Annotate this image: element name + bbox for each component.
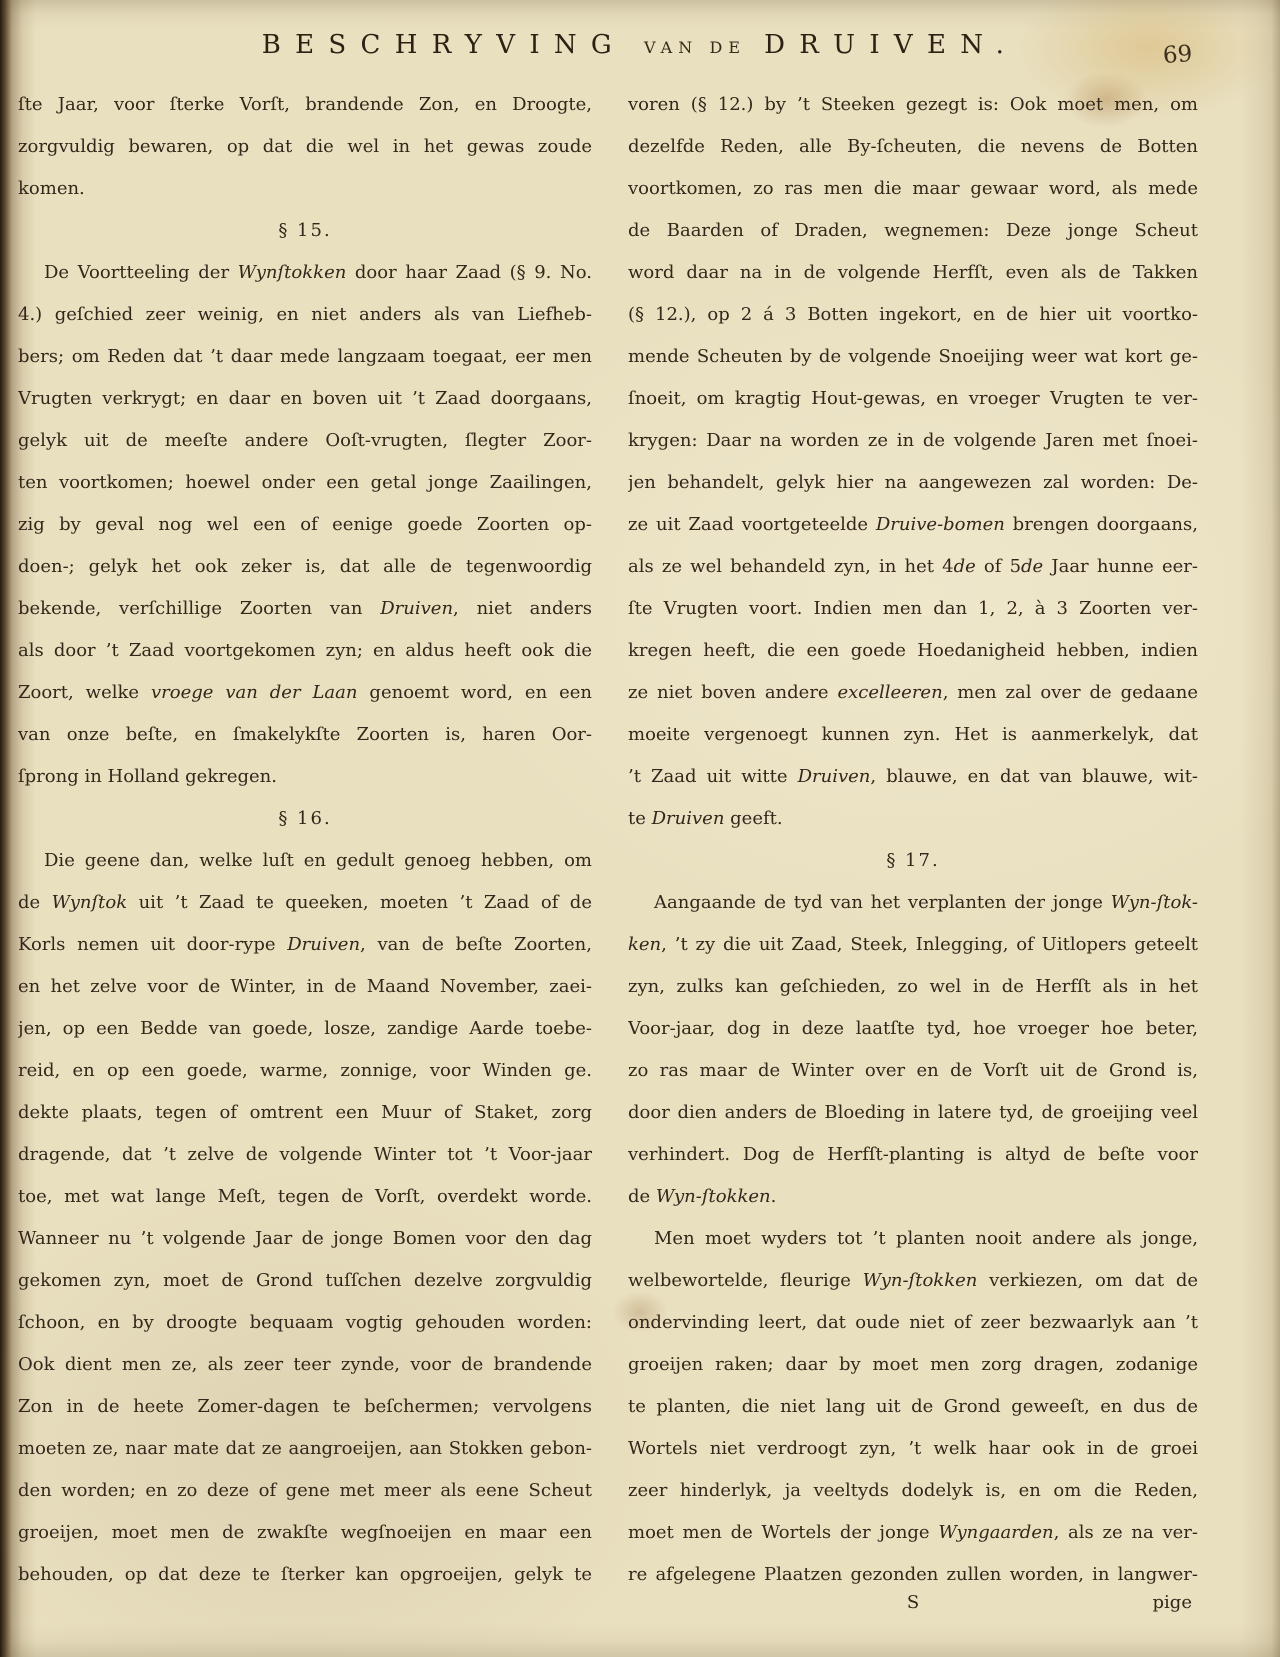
text-line: ze niet boven andere excelleeren, men za… [628,672,1198,714]
text-line: van onze beſte, en ſmakelykſte Zoorten i… [18,714,592,756]
section-heading: § 15. [18,210,592,252]
text-line: groeijen, moet men de zwakſte wegſnoeije… [18,1512,592,1554]
text-line: de Wynſtok uit ’t Zaad te queeken, moete… [18,882,592,924]
text-line: word daar na in de volgende Herfſt, even… [628,252,1198,294]
text-line: zig by geval nog wel een of eenige goede… [18,504,592,546]
text-line: voren (§ 12.) by ’t Steeken gezegt is: O… [628,84,1198,126]
text-line: te planten, die niet lang uit de Grond g… [628,1386,1198,1428]
text-line: ken, ’t zy die uit Zaad, Steek, Inleggin… [628,924,1198,966]
header-title-connector: van de [644,38,746,57]
text-line: ſprong in Holland gekregen. [18,756,592,798]
text-line: dekte plaats, tegen of omtrent een Muur … [18,1092,592,1134]
text-line: dragende, dat ’t zelve de volgende Winte… [18,1134,592,1176]
text-line: gekomen zyn, moet de Grond tuſſchen deze… [18,1260,592,1302]
text-line: Aangaande de tyd van het verplanten der … [628,882,1198,924]
text-line: behouden, op dat deze te ſterker kan opg… [18,1554,592,1596]
text-line: verhindert. Dog de Herfſt-planting is al… [628,1134,1198,1176]
text-line: De Voortteeling der Wynſtokken door haar… [18,252,592,294]
text-line: Ook dient men ze, als zeer teer zynde, v… [18,1344,592,1386]
text-line: komen. [18,168,592,210]
text-line: doen-; gelyk het ook zeker is, dat alle … [18,546,592,588]
text-line: als ze wel behandeld zyn, in het 4de of … [628,546,1198,588]
text-line: krygen: Daar na worden ze in de volgende… [628,420,1198,462]
text-line: zorgvuldig bewaren, op dat die wel in he… [18,126,592,168]
text-line: de Wyn-ſtokken. [628,1176,1198,1218]
text-line: Voor-jaar, dog in deze laatſte tyd, hoe … [628,1008,1198,1050]
header-title-word1: BESCHRYVING [262,30,626,60]
text-line: den worden; en zo deze of gene met meer … [18,1470,592,1512]
text-line: ſte Jaar, voor ſterke Vorſt, brandende Z… [18,84,592,126]
text-line: als door ’t Zaad voortgekomen zyn; en al… [18,630,592,672]
text-line: zyn, zulks kan geſchieden, zo wel in de … [628,966,1198,1008]
text-line: moeite vergenoegt kunnen zyn. Het is aan… [628,714,1198,756]
text-line: welbewortelde, fleurige Wyn-ſtokken verk… [628,1260,1198,1302]
text-line: de Baarden of Draden, wegnemen: Deze jon… [628,210,1198,252]
text-line: 4.) geſchied zeer weinig, en niet anders… [18,294,592,336]
text-line: Wanneer nu ’t volgende Jaar de jonge Bom… [18,1218,592,1260]
text-line: ſnoeit, om kragtig Hout-gewas, en vroege… [628,378,1198,420]
text-line: zeer hinderlyk, ja veeltyds dodelyk is, … [628,1470,1198,1512]
text-line: Zon in de heete Zomer-dagen te beſcherme… [18,1386,592,1428]
header-title-word2: DRUIVEN. [764,30,1018,60]
text-line: ondervinding leert, dat oude niet of zee… [628,1302,1198,1344]
gathering-signature: S [628,1582,1198,1624]
text-line: en het zelve voor de Winter, in de Maand… [18,966,592,1008]
text-line: bers; om Reden dat ’t daar mede langzaam… [18,336,592,378]
text-line: kregen heeft, die een goede Hoedanigheid… [628,630,1198,672]
text-line: Wortels niet verdroogt zyn, ’t welk haar… [628,1428,1198,1470]
text-line: door dien anders de Bloeding in latere t… [628,1092,1198,1134]
text-line: gelyk uit de meeſte andere Ooſt-vrugten,… [18,420,592,462]
text-line: ’t Zaad uit witte Druiven, blauwe, en da… [628,756,1198,798]
footer-row: S pige [628,1582,1198,1624]
text-line: dezelfde Reden, alle By-ſcheuten, die ne… [628,126,1198,168]
text-line: toe, met wat lange Meſt, tegen de Vorſt,… [18,1176,592,1218]
text-line: (§ 12.), op 2 á 3 Botten ingekort, en de… [628,294,1198,336]
text-line: ten voortkomen; hoewel onder een getal j… [18,462,592,504]
text-line: voortkomen, zo ras men die maar gewaar w… [628,168,1198,210]
book-page-scan: BESCHRYVINGvan deDRUIVEN. 69 ſte Jaar, v… [0,0,1280,1657]
text-line: Korls nemen uit door-rype Druiven, van d… [18,924,592,966]
text-line: moet men de Wortels der jonge Wyngaarden… [628,1512,1198,1554]
text-line: te Druiven geeft. [628,798,1198,840]
text-line: reid, en op een goede, warme, zonnige, v… [18,1050,592,1092]
text-line: zo ras maar de Winter over en de Vorſt u… [628,1050,1198,1092]
right-text-column: voren (§ 12.) by ’t Steeken gezegt is: O… [628,84,1198,1596]
page-number: 69 [1162,41,1193,69]
text-line: ſchoon, en by droogte bequaam vogtig geh… [18,1302,592,1344]
running-header: BESCHRYVINGvan deDRUIVEN. [0,30,1280,60]
text-line: Die geene dan, welke luſt en gedult geno… [18,840,592,882]
text-line: jen behandelt, gelyk hier na aangewezen … [628,462,1198,504]
text-line: Men moet wyders tot ’t planten nooit and… [628,1218,1198,1260]
catchword: pige [1153,1582,1192,1624]
text-line: moeten ze, naar mate dat ze aangroeijen,… [18,1428,592,1470]
section-heading: § 17. [628,840,1198,882]
text-line: Vrugten verkrygt; en daar en boven uit ’… [18,378,592,420]
text-line: mende Scheuten by de volgende Snoeijing … [628,336,1198,378]
text-line: groeijen raken; daar by moet men zorg dr… [628,1344,1198,1386]
text-line: ſte Vrugten voort. Indien men dan 1, 2, … [628,588,1198,630]
text-line: Zoort, welke vroege van der Laan genoemt… [18,672,592,714]
text-line: ze uit Zaad voortgeteelde Druive-bomen b… [628,504,1198,546]
text-line: jen, op een Bedde van goede, losze, zand… [18,1008,592,1050]
section-heading: § 16. [18,798,592,840]
text-line: bekende, verſchillige Zoorten van Druive… [18,588,592,630]
left-text-column: ſte Jaar, voor ſterke Vorſt, brandende Z… [18,84,592,1596]
